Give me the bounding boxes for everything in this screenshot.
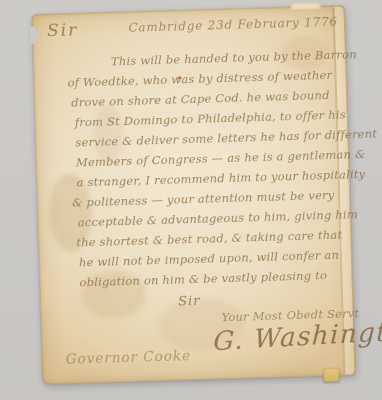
closing-salutation: Sir — [178, 294, 201, 310]
letter-paper: Sir Cambridge 23d February 1776 This wil… — [32, 5, 356, 384]
salutation: Sir — [47, 20, 79, 41]
letter-body: This will be handed to you by the Barron… — [73, 45, 348, 293]
edge-notch — [30, 27, 38, 44]
photo-frame: Sir Cambridge 23d February 1776 This wil… — [0, 0, 382, 400]
addressee: Governor Cooke — [66, 348, 192, 368]
dateline: Cambridge 23d February 1776 — [128, 15, 338, 35]
repair-tab — [323, 368, 339, 382]
worn-corner-flap — [290, 2, 320, 10]
